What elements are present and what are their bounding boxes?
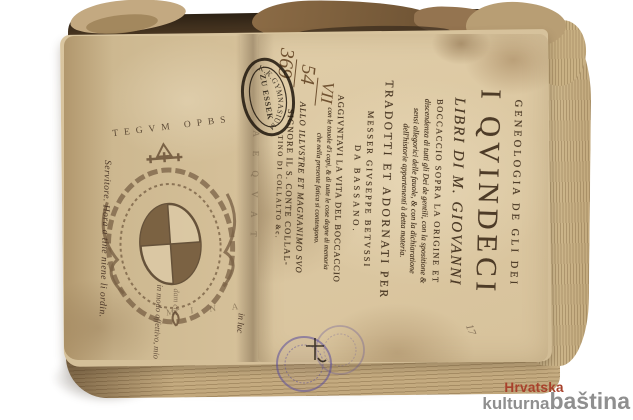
title-line-main: I QVINDECI <box>469 27 507 358</box>
title-line-translator-1: TRADOTTI ET ADORNATI PER <box>375 25 395 355</box>
book-photograph: TEGVM OPBS M I N A GENEOLOGIA DE GLI DEI… <box>0 0 633 420</box>
watermark-word-kulturna: kulturna <box>482 394 549 413</box>
heritage-watermark: Hrvatska kulturnabaština <box>482 381 630 414</box>
watermark-word-bastina: baština <box>549 388 630 414</box>
cross-pen-mark <box>300 334 330 368</box>
title-line-subtitle: LIBRI DI M. GIOVANNI <box>445 27 469 357</box>
handwritten-inscription-small: dam che <box>171 288 181 334</box>
shelfmark-number-top: 54 <box>293 59 319 89</box>
shelfmark-roman: VII <box>315 78 338 108</box>
title-line-author: BOCCACCIO SOPRA LA ORIGINE ET <box>430 26 447 356</box>
watermark-line-2: kulturnabaština <box>482 390 630 413</box>
